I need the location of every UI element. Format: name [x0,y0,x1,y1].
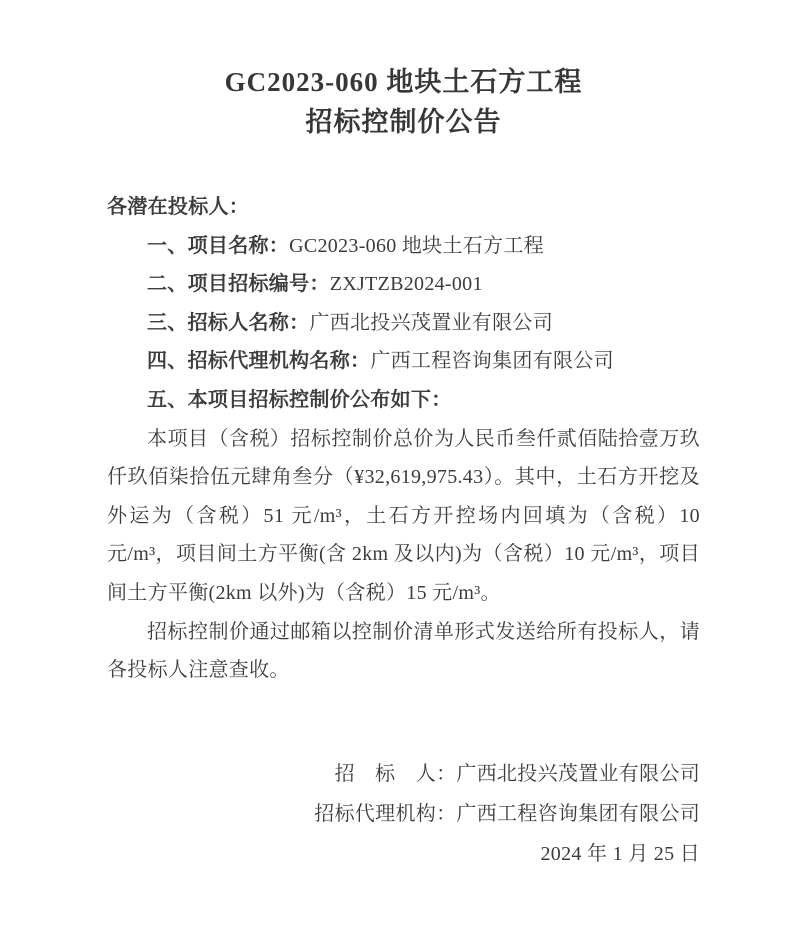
agency-label: 招标代理机构： [314,803,456,825]
list-item-agency-name: 四、招标代理机构名称：广西工程咨询集团有限公司 [107,342,700,381]
list-item-tender-number: 二、项目招标编号：ZXJTZB2024-001 [107,265,700,304]
paragraph-delivery-notice: 招标控制价通过邮箱以控制价清单形式发送给所有投标人，请各投标人注意查收。 [107,613,700,690]
title-line-2: 招标控制价公告 [107,102,700,142]
list-item-tenderer-name: 三、招标人名称：广西北投兴茂置业有限公司 [107,304,700,343]
item-value: ZXJTZB2024-001 [330,273,483,295]
item-label: 四、招标代理机构名称： [147,350,370,372]
signature-date: 2024 年 1 月 25 日 [107,834,700,874]
list-item-project-name: 一、项目名称：GC2023-060 地块土石方工程 [107,227,700,266]
signature-bidder-line: 招 标 人：广西北投兴茂置业有限公司 [107,754,700,794]
item-label: 一、项目名称： [147,235,289,257]
item-label: 三、招标人名称： [147,312,309,334]
salutation: 各潜在投标人： [107,188,700,227]
title-line-1: GC2023-060 地块土石方工程 [107,62,700,102]
list-item-control-price-heading: 五、本项目招标控制价公布如下： [107,381,700,420]
item-label: 五、本项目招标控制价公布如下： [147,389,452,411]
item-value: 广西北投兴茂置业有限公司 [309,312,553,334]
bidder-label: 招 标 人： [335,763,457,785]
item-label: 二、项目招标编号： [147,273,330,295]
signature-block: 招 标 人：广西北投兴茂置业有限公司 招标代理机构：广西工程咨询集团有限公司 2… [107,754,700,874]
item-value: GC2023-060 地块土石方工程 [289,235,544,257]
bidder-value: 广西北投兴茂置业有限公司 [456,763,700,785]
item-value: 广西工程咨询集团有限公司 [370,350,614,372]
document-page: GC2023-060 地块土石方工程 招标控制价公告 各潜在投标人： 一、项目名… [0,0,800,932]
document-body: 各潜在投标人： 一、项目名称：GC2023-060 地块土石方工程 二、项目招标… [107,188,700,690]
document-title: GC2023-060 地块土石方工程 招标控制价公告 [107,62,700,142]
agency-value: 广西工程咨询集团有限公司 [456,803,700,825]
paragraph-price-details: 本项目（含税）招标控制价总价为人民币叁仟贰佰陆拾壹万玖仟玖佰柒拾伍元肆角叁分（¥… [107,420,700,613]
signature-agency-line: 招标代理机构：广西工程咨询集团有限公司 [107,794,700,834]
